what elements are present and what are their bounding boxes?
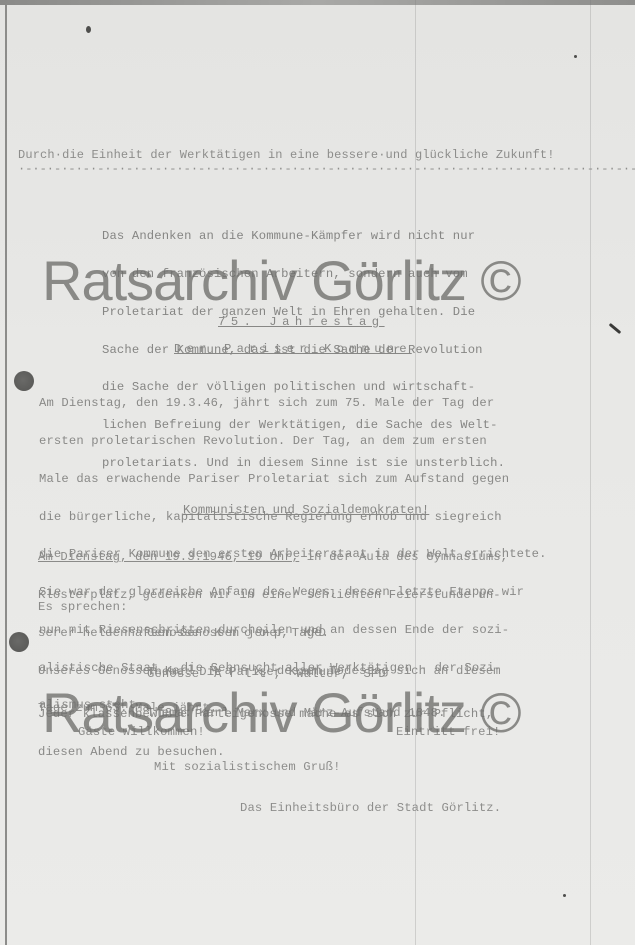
paragraph-line: Male das erwachende Pariser Proletariat … — [39, 473, 547, 486]
paragraph-line: ersten proletarischen Revolution. Der Ta… — [39, 435, 547, 448]
fold-line — [590, 0, 591, 945]
slogan: Durch·die Einheit der Werktätigen in ein… — [18, 149, 555, 161]
signature: Das Einheitsbüro der Stadt Görlitz. — [240, 802, 501, 814]
event-first-line: Am Dienstag, den 19.3.1946, 19 Uhr, in d… — [38, 551, 508, 564]
event-date-time: Am Dienstag, den 19.3.1946, 19 Uhr, — [38, 550, 299, 564]
separator-line: ·-·-·-·-·-·-·-·-·-·-·-·-·-·-·-·-·-·-·-·-… — [18, 163, 635, 175]
subheading-address: Kommunisten und Sozialdemokraten! — [183, 504, 429, 516]
dust-speck — [574, 55, 577, 58]
appeal-line: Jeder klassenbewußte Parteigenosse mache… — [38, 708, 493, 721]
intro-line: Das Andenken an die Kommune-Kämpfer wird… — [102, 230, 505, 243]
speaker-name: Genosse A r l t , Walter, SPD — [147, 668, 446, 681]
heading-anniversary: 75. Jahrestag — [218, 316, 385, 328]
punch-hole-icon — [14, 371, 34, 391]
dust-speck — [563, 894, 566, 897]
archive-document-page: Durch·die Einheit der Werktätigen in ein… — [0, 0, 635, 945]
speaker-name: Genosse K n o o p, KPD — [147, 627, 349, 640]
film-top-edge — [0, 0, 635, 5]
closing-greeting: Mit sozialistischem Gruß! — [154, 761, 341, 773]
appeal-line: diesen Abend zu besuchen. — [38, 746, 493, 759]
dust-speck — [86, 26, 91, 33]
event-location: in der Aula des Gymnasiums, — [299, 550, 508, 564]
intro-line: von den französischen Arbeitern, sondern… — [102, 268, 505, 281]
speakers-label: Es sprechen: — [38, 601, 128, 613]
film-left-edge — [5, 5, 7, 945]
ink-mark — [609, 323, 622, 334]
free-entry: Eintritt frei! — [396, 726, 501, 738]
paragraph-line: Am Dienstag, den 19.3.46, jährt sich zum… — [39, 397, 547, 410]
guests-welcome: Gäste willkommen! — [78, 726, 205, 738]
heading-paris-commune: Der Pariser Kommune — [174, 343, 412, 355]
punch-hole-icon — [9, 632, 29, 652]
